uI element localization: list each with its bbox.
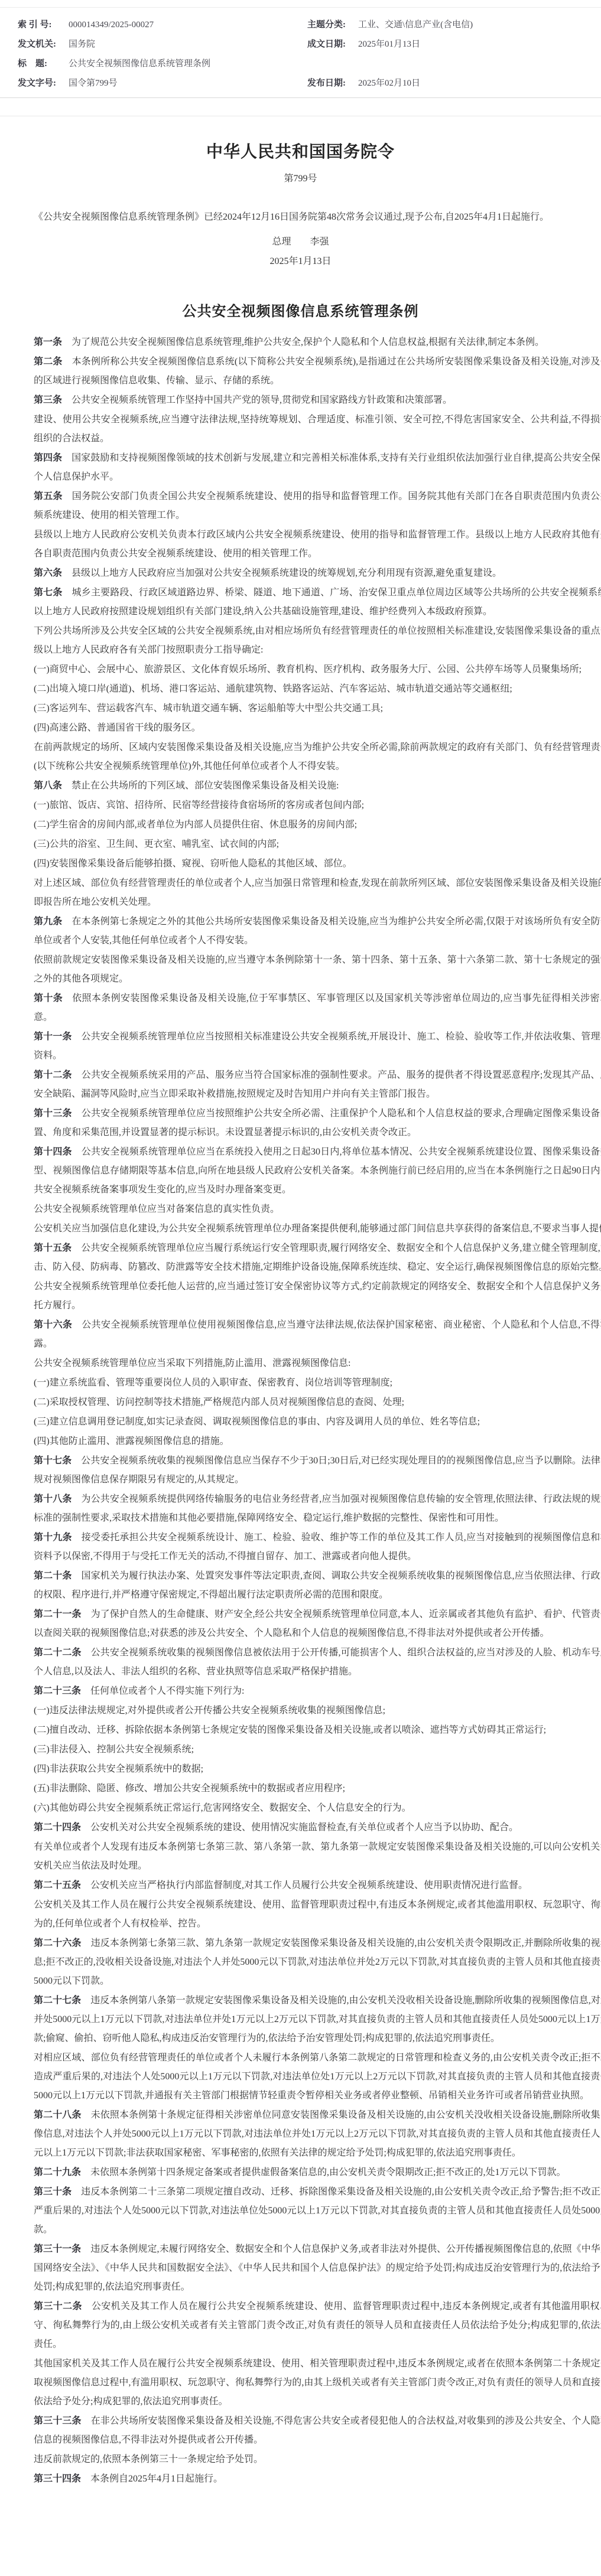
article-number: 第三条 — [34, 395, 62, 405]
meta-field-label: 主题分类: — [307, 15, 358, 35]
meta-row: 发文机关:国务院成文日期:2025年01月13日 — [18, 35, 601, 54]
article-text: 公安机关及其工作人员在履行公共安全视频系统建设、使用、监督管理职责过程中,有违反… — [34, 1900, 601, 1929]
article-paragraph: 第二十九条未依照本条例第十四条规定备案或者提供虚假备案信息的,由公安机关责令限期… — [34, 2163, 601, 2182]
article-number: 第二十七条 — [34, 1995, 81, 2006]
article-number: 第三十条 — [34, 2187, 72, 2197]
article-text: 公共安全视频系统管理单位应当在系统投入使用之日起30日内,将单位基本情况、公共安… — [34, 1147, 601, 1195]
article-text: (三)建立信息调用登记制度,如实记录查阅、调取视频图像信息的事由、内容及调用人员… — [34, 1417, 480, 1427]
article-text: (二)擅自改动、迁移、拆除依据本条例第七条规定安装的图像采集设备及相关设施,或者… — [34, 1725, 546, 1735]
article-paragraph: 公共安全视频系统管理单位应当采取下列措施,防止滥用、泄露视频图像信息: — [34, 1354, 601, 1373]
decree-title: 中华人民共和国国务院令 — [34, 139, 567, 162]
article-number: 第十条 — [34, 993, 63, 1003]
article-number: 第五条 — [34, 491, 63, 501]
article-paragraph: (一)商贸中心、会展中心、旅游景区、文化体育娱乐场所、教育机构、医疗机构、政务服… — [34, 660, 601, 679]
article-paragraph: 第二十七条违反本条例第八条第一款规定安装图像采集设备及相关设施的,由公安机关没收… — [34, 1991, 601, 2048]
article-paragraph: 公安机关及其工作人员在履行公共安全视频系统建设、使用、监督管理职责过程中,有违反… — [34, 1896, 601, 1933]
article-paragraph: (二)采取授权管理、访问控制等技术措施,严格规范内部人员对视频图像信息的查阅、处… — [34, 1393, 601, 1412]
article-number: 第一条 — [34, 337, 62, 347]
article-paragraph: 第二十二条公共安全视频系统收集的视频图像信息被依法用于公开传播,可能损害个人、组… — [34, 1644, 601, 1681]
article-paragraph: (三)公共的浴室、卫生间、更衣室、哺乳室、试衣间的内部; — [34, 835, 601, 854]
meta-row: 标 题:公共安全视频图像信息系统管理条例 — [18, 54, 601, 74]
article-text: 违反本条例第八条第一款规定安装图像采集设备及相关设施的,由公安机关没收相关设备设… — [34, 1995, 601, 2043]
article-paragraph: 第十五条公共安全视频系统管理单位应当履行系统运行安全管理职责,履行网络安全、数据… — [34, 1239, 601, 1277]
article-paragraph: 下列公共场所涉及公共安全区域的公共安全视频系统,由对相应场所负有经营管理责任的单… — [34, 622, 601, 660]
article-text: (五)非法删除、隐匿、修改、增加公共安全视频系统中的数据或者应用程序; — [34, 1783, 345, 1794]
article-number: 第六条 — [34, 568, 62, 578]
article-number: 第十六条 — [34, 1320, 72, 1330]
article-number: 第八条 — [34, 781, 62, 791]
article-paragraph: 其他国家机关及其工作人员在履行公共安全视频系统建设、使用、相关管理职责过程中,违… — [34, 2355, 601, 2411]
article-paragraph: (四)其他防止滥用、泄露视频图像信息的措施。 — [34, 1432, 601, 1451]
article-number: 第七条 — [34, 588, 63, 598]
article-text: 公安机关应当加强信息化建设,为公共安全视频系统管理单位办理备案提供便利,能够通过… — [34, 1224, 601, 1234]
article-number: 第十五条 — [34, 1243, 72, 1253]
article-text: 本条例所称公共安全视频图像信息系统(以下简称公共安全视频系统),是指通过在公共场… — [34, 357, 601, 386]
article-paragraph: 在前两款规定的场所、区域内安装图像采集设备及相关设施,应当为维护公共安全所必需,… — [34, 738, 601, 776]
meta-row: 索 引 号:000014349/2025-00027主题分类:工业、交通\信息产… — [18, 15, 601, 35]
meta-field-value: 公共安全视频图像信息系统管理条例 — [69, 54, 585, 74]
article-paragraph: 违反前款规定的,依照本条例第三十一条规定给予处罚。 — [34, 2450, 601, 2469]
article-text: (一)商贸中心、会展中心、旅游景区、文化体育娱乐场所、教育机构、医疗机构、政务服… — [34, 664, 581, 674]
article-text: 为公共安全视频系统提供网络传输服务的电信业务经营者,应当加强对视频图像信息传输的… — [34, 1494, 601, 1523]
article-text: 国务院公安部门负责全国公共安全视频系统建设、使用的指导和监督管理工作。国务院其他… — [34, 491, 601, 520]
article-paragraph: 对相应区域、部位负有经营管理责任的单位或者个人未履行本条例第八条第二款规定的日常… — [34, 2049, 601, 2105]
article-paragraph: (二)出境入境口岸(通道)、机场、港口客运站、通航建筑物、铁路客运站、汽车客运站… — [34, 680, 601, 699]
article-paragraph: 第三十二条公安机关及其工作人员在履行公共安全视频系统建设、使用、监督管理职责过程… — [34, 2297, 601, 2354]
article-text: 其他国家机关及其工作人员在履行公共安全视频系统建设、使用、相关管理职责过程中,违… — [34, 2359, 601, 2407]
meta-field: 发文机关:国务院 — [18, 35, 307, 54]
article-paragraph: (二)擅自改动、迁移、拆除依据本条例第七条规定安装的图像采集设备及相关设施,或者… — [34, 1721, 601, 1740]
article-paragraph: 第十三条公共安全视频系统管理单位应当按照维护公共安全所必需、注重保护个人隐私和个… — [34, 1104, 601, 1142]
article-text: (三)客运列车、营运载客汽车、城市轨道交通车辆、客运船舶等大中型公共交通工具; — [34, 703, 383, 713]
article-text: 国家鼓励和支持视频图像领域的技术创新与发展,建立和完善相关标准体系,支持有关行业… — [34, 453, 601, 482]
article-text: (二)采取授权管理、访问控制等技术措施,严格规范内部人员对视频图像信息的查阅、处… — [34, 1397, 404, 1407]
article-paragraph: 第三十条违反本条例第二十三条第二项规定擅自改动、迁移、拆除图像采集设备及相关设施… — [34, 2183, 601, 2239]
meta-field-label: 发文机关: — [18, 35, 69, 54]
article-text: 公共安全视频系统收集的视频图像信息应当保存不少于30日;30日后,对已经实现处理… — [34, 1456, 601, 1485]
article-paragraph: (六)其他妨碍公共安全视频系统正常运行,危害网络安全、数据安全、个人信息安全的行… — [34, 1799, 601, 1818]
article-text: (二)出境入境口岸(通道)、机场、港口客运站、通航建筑物、铁路客运站、汽车客运站… — [34, 684, 512, 694]
document-page: 索 引 号:000014349/2025-00027主题分类:工业、交通\信息产… — [0, 7, 601, 2507]
article-text: 未依照本条例第十条规定征得相关涉密单位同意安装图像采集设备及相关设施的,由公安机… — [34, 2110, 601, 2158]
article-text: (四)安装图像采集设备后能够拍摄、窥视、窃听他人隐私的其他区域、部位。 — [34, 859, 352, 869]
article-text: 县级以上地方人民政府公安机关负责本行政区域内公共安全视频系统建设、使用的指导和监… — [34, 530, 601, 559]
article-paragraph: 第十条依照本条例安装图像采集设备及相关设施,位于军事禁区、军事管理区以及国家机关… — [34, 989, 601, 1027]
article-paragraph: 第二十六条违反本条例第七条第三款、第九条第一款规定安装图像采集设备及相关设施的,… — [34, 1934, 601, 1991]
article-number: 第二十二条 — [34, 1648, 82, 1658]
article-text: 公共安全视频系统管理单位应当对备案信息的真实性负责。 — [34, 1204, 280, 1214]
meta-field-label: 标 题: — [18, 54, 69, 74]
article-number: 第十一条 — [34, 1032, 72, 1042]
meta-field-label: 发文字号: — [18, 74, 69, 93]
article-paragraph: 第二条本条例所称公共安全视频图像信息系统(以下简称公共安全视频系统),是指通过在… — [34, 353, 601, 390]
decree-number: 第799号 — [34, 171, 567, 184]
meta-field: 主题分类:工业、交通\信息产业(含电信) — [307, 15, 597, 35]
article-text: 公共安全视频系统管理工作坚持中国共产党的领导,贯彻党和国家路线方针政策和决策部署… — [72, 395, 452, 405]
article-text: 在本条例第七条规定之外的其他公共场所安装图像采集设备及相关设施,应当为维护公共安… — [34, 917, 601, 945]
article-paragraph: 第十一条公共安全视频系统管理单位应当按照相关标准建设公共安全视频系统,开展设计、… — [34, 1028, 601, 1065]
article-text: 公共安全视频系统管理单位使用视频图像信息,应当遵守法律法规,依法保护国家秘密、商… — [34, 1320, 601, 1349]
article-text: 依照前款规定安装图像采集设备及相关设施的,应当遵守本条例除第十一条、第十四条、第… — [34, 955, 601, 984]
document-meta-table: 索 引 号:000014349/2025-00027主题分类:工业、交通\信息产… — [0, 8, 601, 97]
signer-role: 总理 — [272, 237, 291, 247]
article-paragraph: 依照前款规定安装图像采集设备及相关设施的,应当遵守本条例除第十一条、第十四条、第… — [34, 951, 601, 989]
article-paragraph: 建设、使用公共安全视频系统,应当遵守法律法规,坚持统筹规划、合理适度、标准引领、… — [34, 410, 601, 448]
article-paragraph: (三)客运列车、营运载客汽车、城市轨道交通车辆、客运船舶等大中型公共交通工具; — [34, 699, 601, 718]
article-number: 第二十四条 — [34, 1822, 81, 1832]
meta-field-label: 发布日期: — [307, 74, 358, 93]
article-paragraph: 第十九条接受委托承担公共安全视频系统设计、施工、检验、验收、维护等工作的单位及其… — [34, 1528, 601, 1566]
article-paragraph: 第三条公共安全视频系统管理工作坚持中国共产党的领导,贯彻党和国家路线方针政策和决… — [34, 391, 601, 410]
article-number: 第二十六条 — [34, 1938, 82, 1948]
article-paragraph: (四)非法获取公共安全视频系统中的数据; — [34, 1760, 601, 1779]
regulation-title: 公共安全视频图像信息系统管理条例 — [34, 299, 567, 320]
article-text: (四)非法获取公共安全视频系统中的数据; — [34, 1764, 203, 1774]
article-paragraph: (二)学生宿舍的房间内部,或者单位为内部人员提供住宿、休息服务的房间内部; — [34, 816, 601, 834]
article-paragraph: 对上述区域、部位负有经营管理责任的单位或者个人,应当加强日常管理和检查,发现在前… — [34, 874, 601, 912]
article-text: (一)旅馆、饭店、宾馆、招待所、民宿等经营接待食宿场所的客房或者包间内部; — [34, 800, 364, 810]
article-number: 第二十八条 — [34, 2110, 82, 2120]
article-paragraph: 县级以上地方人民政府公安机关负责本行政区域内公共安全视频系统建设、使用的指导和监… — [34, 526, 601, 563]
article-paragraph: 第三十四条本条例自2025年4月1日起施行。 — [34, 2470, 601, 2489]
article-text: (三)公共的浴室、卫生间、更衣室、哺乳室、试衣间的内部; — [34, 839, 279, 849]
meta-field: 发文字号:国令第799号 — [18, 74, 307, 93]
article-paragraph: (三)建立信息调用登记制度,如实记录查阅、调取视频图像信息的事由、内容及调用人员… — [34, 1413, 601, 1432]
promulgation-paragraph: 《公共安全视频图像信息系统管理条例》已经2024年12月16日国务院第48次常务… — [34, 208, 601, 227]
meta-field: 标 题:公共安全视频图像信息系统管理条例 — [18, 54, 585, 74]
article-text: 城乡主要路段、行政区域道路边界、桥梁、隧道、地下通道、广场、治安保卫重点单位周边… — [34, 588, 601, 617]
article-paragraph: 第七条城乡主要路段、行政区域道路边界、桥梁、隧道、地下通道、广场、治安保卫重点单… — [34, 583, 601, 621]
article-text: 禁止在公共场所的下列区域、部位安装图像采集设备及相关设施: — [72, 781, 339, 791]
article-text: 违反本条例第二十三条第二项规定擅自改动、迁移、拆除图像采集设备及相关设施的,由公… — [34, 2187, 601, 2235]
article-paragraph: 第三十一条违反本条例规定,未履行网络安全、数据安全和个人信息保护义务,或者非法对… — [34, 2240, 601, 2297]
article-paragraph: (四)高速公路、普通国省干线的服务区。 — [34, 719, 601, 738]
article-text: (二)学生宿舍的房间内部,或者单位为内部人员提供住宿、休息服务的房间内部; — [34, 820, 357, 830]
article-number: 第十九条 — [34, 1532, 72, 1543]
article-text: 建设、使用公共安全视频系统,应当遵守法律法规,坚持统筹规划、合理适度、标准引领、… — [34, 415, 601, 444]
article-paragraph: 第八条禁止在公共场所的下列区域、部位安装图像采集设备及相关设施: — [34, 777, 601, 795]
article-paragraph: 第二十一条为了保护自然人的生命健康、财产安全,经公共安全视频系统管理单位同意,本… — [34, 1605, 601, 1643]
article-number: 第三十一条 — [34, 2244, 81, 2254]
article-paragraph: 第二十三条任何单位或者个人不得实施下列行为: — [34, 1682, 601, 1701]
article-paragraph: 第十七条公共安全视频系统收集的视频图像信息应当保存不少于30日;30日后,对已经… — [34, 1452, 601, 1489]
article-paragraph: (一)建立系统监看、管理等重要岗位人员的入职审查、保密教育、岗位培训等管理制度; — [34, 1374, 601, 1393]
article-paragraph: 第三十三条在非公共场所安装图像采集设备及相关设施,不得危害公共安全或者侵犯他人的… — [34, 2412, 601, 2450]
article-number: 第二十条 — [34, 1571, 72, 1581]
article-text: (四)其他防止滥用、泄露视频图像信息的措施。 — [34, 1436, 229, 1446]
meta-field-value: 国务院 — [69, 35, 307, 54]
article-text: 对相应区域、部位负有经营管理责任的单位或者个人未履行本条例第八条第二款规定的日常… — [34, 2053, 601, 2101]
meta-row: 发文字号:国令第799号发布日期:2025年02月10日 — [18, 74, 601, 93]
article-paragraph: 公共安全视频系统管理单位委托他人运营的,应当通过签订安全保密协议等方式,约定前款… — [34, 1277, 601, 1315]
article-paragraph: 第十四条公共安全视频系统管理单位应当在系统投入使用之日起30日内,将单位基本情况… — [34, 1143, 601, 1199]
article-paragraph: 第二十五条公安机关应当严格执行内部监督制度,对其工作人员履行公共安全视频系统建设… — [34, 1876, 601, 1895]
article-text: 未依照本条例第十四条规定备案或者提供虚假备案信息的,由公安机关责令限期改正;拒不… — [90, 2167, 566, 2177]
article-text: 有关单位或者个人发现有违反本条例第七条第三款、第八条第一款、第九条第一款规定安装… — [34, 1842, 601, 1871]
article-text: 公安机关应当严格执行内部监督制度,对其工作人员履行公共安全视频系统建设、使用职责… — [90, 1880, 528, 1890]
article-number: 第三十三条 — [34, 2416, 82, 2426]
article-paragraph: 第四条国家鼓励和支持视频图像领域的技术创新与发展,建立和完善相关标准体系,支持有… — [34, 449, 601, 487]
article-text: (一)建立系统监看、管理等重要岗位人员的入职审查、保密教育、岗位培训等管理制度; — [34, 1378, 392, 1388]
meta-field: 发布日期:2025年02月10日 — [307, 74, 597, 93]
signature-line: 总理李强 — [34, 233, 567, 252]
article-text: 公共安全视频系统采用的产品、服务应当符合国家标准的强制性要求。产品、服务的提供者… — [34, 1070, 601, 1099]
article-number: 第十三条 — [34, 1108, 72, 1119]
articles: 第一条为了规范公共安全视频图像信息系统管理,维护公共安全,保护个人隐私和个人信息… — [34, 333, 601, 2507]
article-paragraph: (三)非法侵入、控制公共安全视频系统; — [34, 1740, 601, 1759]
article-paragraph: 第一条为了规范公共安全视频图像信息系统管理,维护公共安全,保护个人隐私和个人信息… — [34, 333, 601, 352]
article-number: 第二十一条 — [34, 1609, 82, 1619]
article-text: 在前两款规定的场所、区域内安装图像采集设备及相关设施,应当为维护公共安全所必需,… — [34, 742, 601, 771]
article-text: 为了保护自然人的生命健康、财产安全,经公共安全视频系统管理单位同意,本人、近亲属… — [34, 1609, 601, 1638]
article-text: 任何单位或者个人不得实施下列行为: — [90, 1686, 244, 1696]
article-paragraph: (一)违反法律法规规定,对外提供或者公开传播公共安全视频系统收集的视频图像信息; — [34, 1701, 601, 1720]
meta-field-value: 2025年02月10日 — [358, 74, 597, 93]
article-paragraph: 第六条县级以上地方人民政府应当加强对公共安全视频系统建设的统筹规划,充分利用现有… — [34, 564, 601, 583]
article-text: 违反本条例第七条第三款、第九条第一款规定安装图像采集设备及相关设施的,由公安机关… — [34, 1938, 601, 1986]
article-text: 公安机关对公共安全视频系统的建设、使用情况实施监督检查,有关单位或者个人应当予以… — [90, 1822, 518, 1832]
article-text: 国家机关为履行执法办案、处置突发事件等法定职责,查阅、调取公共安全视频系统收集的… — [34, 1571, 601, 1600]
article-number: 第二十九条 — [34, 2167, 81, 2177]
article-number: 第九条 — [34, 917, 62, 927]
article-paragraph: (五)非法删除、隐匿、修改、增加公共安全视频系统中的数据或者应用程序; — [34, 1779, 601, 1798]
article-number: 第二条 — [34, 357, 63, 367]
content-top-divider — [0, 116, 601, 116]
meta-field-value: 国令第799号 — [69, 74, 307, 93]
article-paragraph: 第二十八条未依照本条例第十条规定征得相关涉密单位同意安装图像采集设备及相关设施的… — [34, 2106, 601, 2163]
article-number: 第十八条 — [34, 1494, 72, 1504]
meta-field: 成文日期:2025年01月13日 — [307, 35, 597, 54]
article-number: 第十二条 — [34, 1070, 72, 1080]
article-text: (三)非法侵入、控制公共安全视频系统; — [34, 1744, 194, 1755]
article-text: 公共安全视频系统管理单位应当按照相关标准建设公共安全视频系统,开展设计、施工、检… — [34, 1032, 601, 1061]
article-text: 接受委托承担公共安全视频系统设计、施工、检验、验收、维护等工作的单位及其工作人员… — [34, 1532, 601, 1561]
article-text: (六)其他妨碍公共安全视频系统正常运行,危害网络安全、数据安全、个人信息安全的行… — [34, 1803, 411, 1813]
article-text: 下列公共场所涉及公共安全区域的公共安全视频系统,由对相应场所负有经营管理责任的单… — [34, 626, 601, 655]
article-text: 违反本条例规定,未履行网络安全、数据安全和个人信息保护义务,或者非法对外提供、公… — [34, 2244, 601, 2292]
article-number: 第十七条 — [34, 1456, 72, 1466]
document-body: 中华人民共和国国务院令 第799号 《公共安全视频图像信息系统管理条例》已经20… — [0, 139, 601, 2507]
article-paragraph: 第十二条公共安全视频系统采用的产品、服务应当符合国家标准的强制性要求。产品、服务… — [34, 1066, 601, 1104]
meta-field-value: 工业、交通\信息产业(含电信) — [358, 15, 597, 35]
article-paragraph: (一)旅馆、饭店、宾馆、招待所、民宿等经营接待食宿场所的客房或者包间内部; — [34, 796, 601, 815]
article-text: 公共安全视频系统管理单位应当采取下列措施,防止滥用、泄露视频图像信息: — [34, 1358, 350, 1368]
article-paragraph: 第五条国务院公安部门负责全国公共安全视频系统建设、使用的指导和监督管理工作。国务… — [34, 487, 601, 525]
article-paragraph: (四)安装图像采集设备后能够拍摄、窥视、窃听他人隐私的其他区域、部位。 — [34, 855, 601, 873]
signer-name: 李强 — [310, 237, 329, 247]
article-paragraph: 第二十条国家机关为履行执法办案、处置突发事件等法定职责,查阅、调取公共安全视频系… — [34, 1567, 601, 1605]
article-number: 第四条 — [34, 453, 62, 463]
meta-field: 索 引 号:000014349/2025-00027 — [18, 15, 307, 35]
article-text: 在非公共场所安装图像采集设备及相关设施,不得危害公共安全或者侵犯他人的合法权益,… — [34, 2416, 601, 2445]
article-text: 依照本条例安装图像采集设备及相关设施,位于军事禁区、军事管理区以及国家机关等涉密… — [34, 993, 601, 1022]
sign-date: 2025年1月13日 — [34, 252, 567, 271]
meta-field-label: 成文日期: — [307, 35, 358, 54]
article-text: 公安机关及其工作人员在履行公共安全视频系统建设、使用、监督管理职责过程中,违反本… — [34, 2301, 601, 2349]
article-text: 公共安全视频系统管理单位应当履行系统运行安全管理职责,履行网络安全、数据安全和个… — [34, 1243, 601, 1272]
article-number: 第三十二条 — [34, 2301, 82, 2311]
article-text: (一)违反法律法规规定,对外提供或者公开传播公共安全视频系统收集的视频图像信息; — [34, 1706, 385, 1716]
article-paragraph: 公共安全视频系统管理单位应当对备案信息的真实性负责。 — [34, 1200, 601, 1219]
article-text: 本条例自2025年4月1日起施行。 — [90, 2474, 223, 2484]
article-number: 第二十三条 — [34, 1686, 81, 1696]
article-text: 县级以上地方人民政府应当加强对公共安全视频系统建设的统筹规划,充分利用现有资源,… — [72, 568, 502, 578]
meta-bottom-divider — [0, 97, 601, 98]
article-paragraph: 第二十四条公安机关对公共安全视频系统的建设、使用情况实施监督检查,有关单位或者个… — [34, 1818, 601, 1837]
article-text: 公共安全视频系统管理单位委托他人运营的,应当通过签订安全保密协议等方式,约定前款… — [34, 1282, 601, 1310]
article-number: 第二十五条 — [34, 1880, 81, 1890]
article-paragraph: 有关单位或者个人发现有违反本条例第七条第三款、第八条第一款、第九条第一款规定安装… — [34, 1838, 601, 1876]
article-paragraph: 第十六条公共安全视频系统管理单位使用视频图像信息,应当遵守法律法规,依法保护国家… — [34, 1316, 601, 1354]
meta-field-label: 索 引 号: — [18, 15, 69, 35]
article-number: 第三十四条 — [34, 2474, 81, 2484]
meta-field-value: 000014349/2025-00027 — [69, 15, 307, 35]
article-text: 公共安全视频系统管理单位应当按照维护公共安全所必需、注重保护个人隐私和个人信息权… — [34, 1108, 601, 1137]
meta-field-value: 2025年01月13日 — [358, 35, 597, 54]
article-number: 第十四条 — [34, 1147, 72, 1157]
article-text: 为了规范公共安全视频图像信息系统管理,维护公共安全,保护个人隐私和个人信息权益,… — [72, 337, 544, 347]
article-text: 违反前款规定的,依照本条例第三十一条规定给予处罚。 — [34, 2454, 263, 2464]
article-paragraph: 第十八条为公共安全视频系统提供网络传输服务的电信业务经营者,应当加强对视频图像信… — [34, 1490, 601, 1528]
article-text: (四)高速公路、普通国省干线的服务区。 — [34, 723, 201, 733]
article-text: 公共安全视频系统收集的视频图像信息被依法用于公开传播,可能损害个人、组织合法权益… — [34, 1648, 601, 1677]
article-paragraph: 第九条在本条例第七条规定之外的其他公共场所安装图像采集设备及相关设施,应当为维护… — [34, 912, 601, 950]
article-paragraph: 公安机关应当加强信息化建设,为公共安全视频系统管理单位办理备案提供便利,能够通过… — [34, 1219, 601, 1238]
article-text: 对上述区域、部位负有经营管理责任的单位或者个人,应当加强日常管理和检查,发现在前… — [34, 878, 601, 907]
